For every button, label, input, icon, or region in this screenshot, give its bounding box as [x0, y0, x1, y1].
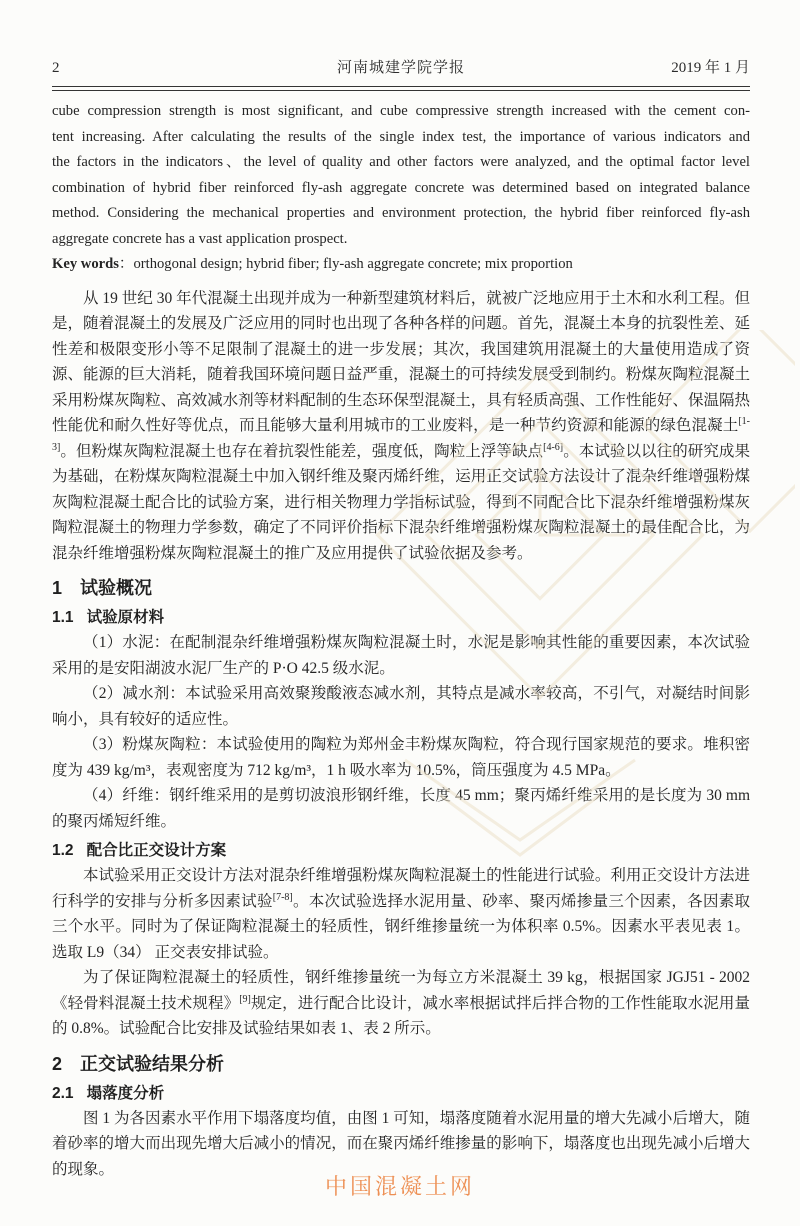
section-2-heading: 2正交试验结果分析: [52, 1052, 750, 1077]
header-rule: [52, 86, 750, 91]
citation-ref: [4-6]: [543, 441, 563, 452]
material-item-fiber: （4）纤维：钢纤维采用的是剪切波浪形钢纤维，长度 45 mm；聚丙烯纤维采用的是…: [52, 783, 750, 834]
abstract-line: aggregate concrete has a vast applicatio…: [52, 227, 750, 253]
subsection-title: 塌落度分析: [87, 1085, 165, 1102]
citation-ref: [9]: [239, 993, 251, 1004]
abstract-line: cube compression strength is most signif…: [52, 99, 750, 125]
intro-paragraph: 从 19 世纪 30 年代混凝土出现并成为一种新型建筑材料后，就被广泛地应用于土…: [52, 286, 750, 567]
intro-text: 从 19 世纪 30 年代混凝土出现并成为一种新型建筑材料后，就被广泛地应用于土…: [52, 290, 750, 435]
design-paragraph-2: 为了保证陶粒混凝土的轻质性，钢纤维掺量统一为每立方米混凝土 39 kg，根据国家…: [52, 965, 750, 1042]
keywords-text: ：orthogonal design; hybrid fiber; fly-as…: [119, 256, 573, 272]
material-item-water-reducer: （2）减水剂：本试验采用高效聚羧酸液态减水剂，其特点是减水率较高，不引气，对凝结…: [52, 681, 750, 732]
page: 2 河南城建学院学报 2019 年 1 月 cube compression s…: [0, 0, 800, 1226]
subsection-1-2-heading: 1.2配合比正交设计方案: [52, 840, 750, 861]
subsection-number: 1.1: [52, 609, 74, 626]
design-paragraph-1: 本试验采用正交设计方法对混杂纤维增强粉煤灰陶粒混凝土的性能进行试验。利用正交设计…: [52, 863, 750, 965]
subsection-title: 试验原材料: [87, 609, 165, 626]
intro-text: 。本试验以以往的研究成果为基础，在粉煤灰陶粒混凝土中加入钢纤维及聚丙烯纤维，运用…: [52, 443, 750, 562]
section-number: 2: [52, 1054, 62, 1074]
abstract-line: tent increasing. After calculating the r…: [52, 125, 750, 151]
section-number: 1: [52, 578, 62, 598]
section-title: 正交试验结果分析: [80, 1054, 224, 1074]
subsection-title: 配合比正交设计方案: [87, 842, 227, 859]
citation-ref: [7-8]: [273, 891, 293, 902]
keywords-line: Key words：orthogonal design; hybrid fibe…: [52, 252, 750, 278]
subsection-1-1-heading: 1.1试验原材料: [52, 607, 750, 628]
abstract-line: the factors in the indicators、the level …: [52, 150, 750, 176]
abstract-line: combination of hybrid fiber reinforced f…: [52, 176, 750, 202]
material-item-fly-ash-ceramsite: （3）粉煤灰陶粒：本试验使用的陶粒为郑州金丰粉煤灰陶粒，符合现行国家规范的要求。…: [52, 732, 750, 783]
intro-text: 。但粉煤灰陶粒混凝土也存在着抗裂性能差，强度低，陶粒上浮等缺点: [60, 443, 543, 460]
subsection-number: 2.1: [52, 1085, 74, 1102]
keywords-label: Key words: [52, 256, 119, 272]
material-item-cement: （1）水泥：在配制混杂纤维增强粉煤灰陶粒混凝土时，水泥是影响其性能的重要因素，本…: [52, 630, 750, 681]
site-watermark: 中国混凝土网: [0, 1170, 800, 1201]
page-number: 2: [52, 60, 337, 77]
subsection-number: 1.2: [52, 842, 74, 859]
issue-date: 2019 年 1 月: [465, 56, 750, 77]
abstract-continuation: cube compression strength is most signif…: [52, 99, 750, 278]
page-header: 2 河南城建学院学报 2019 年 1 月: [52, 56, 750, 77]
journal-title: 河南城建学院学报: [337, 56, 465, 77]
section-title: 试验概况: [80, 578, 152, 598]
abstract-line: method. Considering the mechanical prope…: [52, 201, 750, 227]
subsection-2-1-heading: 2.1塌落度分析: [52, 1083, 750, 1104]
section-1-heading: 1试验概况: [52, 576, 750, 601]
